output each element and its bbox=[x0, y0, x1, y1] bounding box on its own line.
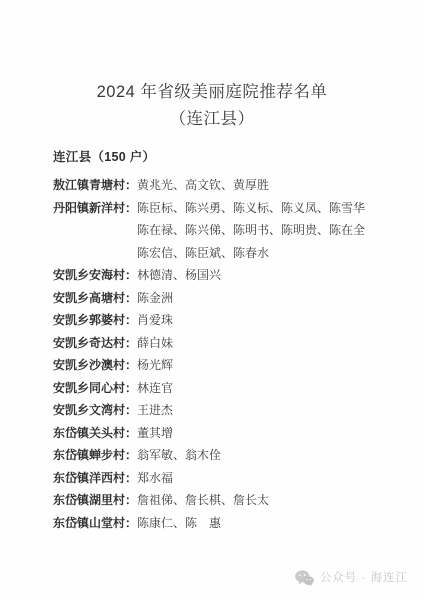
resident-names: 林德清、杨国兴 bbox=[137, 264, 406, 287]
village-row: 东岱镇湖里村： 詹祖俤、詹长棋、詹长太 bbox=[53, 489, 406, 512]
village-name: 东岱镇关头村： bbox=[53, 422, 137, 445]
village-name: 安凯乡同心村： bbox=[53, 377, 137, 400]
village-row: 安凯乡郭婆村： 肖爱珠 bbox=[53, 309, 406, 332]
names-line: 黄兆光、高文钦、黄厚胜 bbox=[137, 174, 406, 197]
names-line: 薛白妹 bbox=[137, 332, 406, 355]
village-row: 敖江镇青塘村： 黄兆光、高文钦、黄厚胜 bbox=[53, 174, 406, 197]
village-name: 安凯乡文湾村： bbox=[53, 399, 137, 422]
village-name: 敖江镇青塘村： bbox=[53, 174, 137, 197]
names-line: 陈臣标、陈兴勇、陈义标、陈义凤、陈雪华 bbox=[137, 197, 406, 220]
names-line: 杨光辉 bbox=[137, 354, 406, 377]
village-name: 丹阳镇新洋村： bbox=[53, 197, 137, 220]
village-name: 安凯乡沙澳村： bbox=[53, 354, 137, 377]
wechat-icon bbox=[295, 570, 314, 586]
names-line: 董其增 bbox=[137, 422, 406, 445]
resident-names: 王进杰 bbox=[137, 399, 406, 422]
resident-names: 陈康仁、陈 惠 bbox=[137, 512, 406, 535]
village-row: 东岱镇山堂村： 陈康仁、陈 惠 bbox=[53, 512, 406, 535]
names-line: 翁军敏、翁木佺 bbox=[137, 444, 406, 467]
resident-names: 林连官 bbox=[137, 377, 406, 400]
resident-names: 董其增 bbox=[137, 422, 406, 445]
village-name: 安凯乡郭婆村： bbox=[53, 309, 137, 332]
document-subtitle: （连江县） bbox=[0, 111, 424, 128]
village-name: 安凯乡高塘村： bbox=[53, 287, 137, 310]
document-title: 2024 年省级美丽庭院推荐名单 bbox=[0, 84, 424, 101]
document-page: 2024 年省级美丽庭院推荐名单 （连江县） 连江县（150 户） 敖江镇青塘村… bbox=[0, 0, 424, 600]
village-list: 敖江镇青塘村： 黄兆光、高文钦、黄厚胜 丹阳镇新洋村： 陈臣标、陈兴勇、陈义标、… bbox=[53, 174, 406, 534]
names-line: 詹祖俤、詹长棋、詹长太 bbox=[137, 489, 406, 512]
names-line: 陈在禄、陈兴俤、陈明书、陈明贵、陈在全 bbox=[137, 219, 406, 242]
village-row: 安凯乡奇达村： 薛白妹 bbox=[53, 332, 406, 355]
names-line: 陈宏信、陈臣斌、陈春水 bbox=[137, 242, 406, 265]
names-line: 陈金洲 bbox=[137, 287, 406, 310]
resident-names: 郑水福 bbox=[137, 467, 406, 490]
resident-names: 陈金洲 bbox=[137, 287, 406, 310]
village-row: 东岱镇洋西村： 郑水福 bbox=[53, 467, 406, 490]
names-line: 肖爱珠 bbox=[137, 309, 406, 332]
village-name: 安凯乡奇达村： bbox=[53, 332, 137, 355]
village-row: 安凯乡沙澳村： 杨光辉 bbox=[53, 354, 406, 377]
resident-names: 肖爱珠 bbox=[137, 309, 406, 332]
resident-names: 翁军敏、翁木佺 bbox=[137, 444, 406, 467]
watermark: 公众号 · 海连江 bbox=[295, 570, 408, 586]
village-row: 安凯乡高塘村： 陈金洲 bbox=[53, 287, 406, 310]
village-name: 东岱镇蝉步村： bbox=[53, 444, 137, 467]
names-line: 林德清、杨国兴 bbox=[137, 264, 406, 287]
village-row: 安凯乡文湾村： 王进杰 bbox=[53, 399, 406, 422]
county-total-header: 连江县（150 户） bbox=[53, 151, 155, 164]
village-name: 安凯乡安海村： bbox=[53, 264, 137, 287]
resident-names: 黄兆光、高文钦、黄厚胜 bbox=[137, 174, 406, 197]
names-line: 郑水福 bbox=[137, 467, 406, 490]
resident-names: 陈臣标、陈兴勇、陈义标、陈义凤、陈雪华 陈在禄、陈兴俤、陈明书、陈明贵、陈在全 … bbox=[137, 197, 406, 265]
village-name: 东岱镇湖里村： bbox=[53, 489, 137, 512]
resident-names: 薛白妹 bbox=[137, 332, 406, 355]
resident-names: 杨光辉 bbox=[137, 354, 406, 377]
document-title-block: 2024 年省级美丽庭院推荐名单 （连江县） bbox=[0, 84, 424, 128]
village-row: 丹阳镇新洋村： 陈臣标、陈兴勇、陈义标、陈义凤、陈雪华 陈在禄、陈兴俤、陈明书、… bbox=[53, 197, 406, 265]
village-row: 安凯乡同心村： 林连官 bbox=[53, 377, 406, 400]
village-row: 东岱镇关头村： 董其增 bbox=[53, 422, 406, 445]
resident-names: 詹祖俤、詹长棋、詹长太 bbox=[137, 489, 406, 512]
names-line: 王进杰 bbox=[137, 399, 406, 422]
names-line: 林连官 bbox=[137, 377, 406, 400]
village-name: 东岱镇洋西村： bbox=[53, 467, 137, 490]
village-name: 东岱镇山堂村： bbox=[53, 512, 137, 535]
watermark-text: 公众号 · 海连江 bbox=[320, 570, 408, 586]
names-line: 陈康仁、陈 惠 bbox=[137, 512, 406, 535]
village-row: 安凯乡安海村： 林德清、杨国兴 bbox=[53, 264, 406, 287]
village-row: 东岱镇蝉步村： 翁军敏、翁木佺 bbox=[53, 444, 406, 467]
